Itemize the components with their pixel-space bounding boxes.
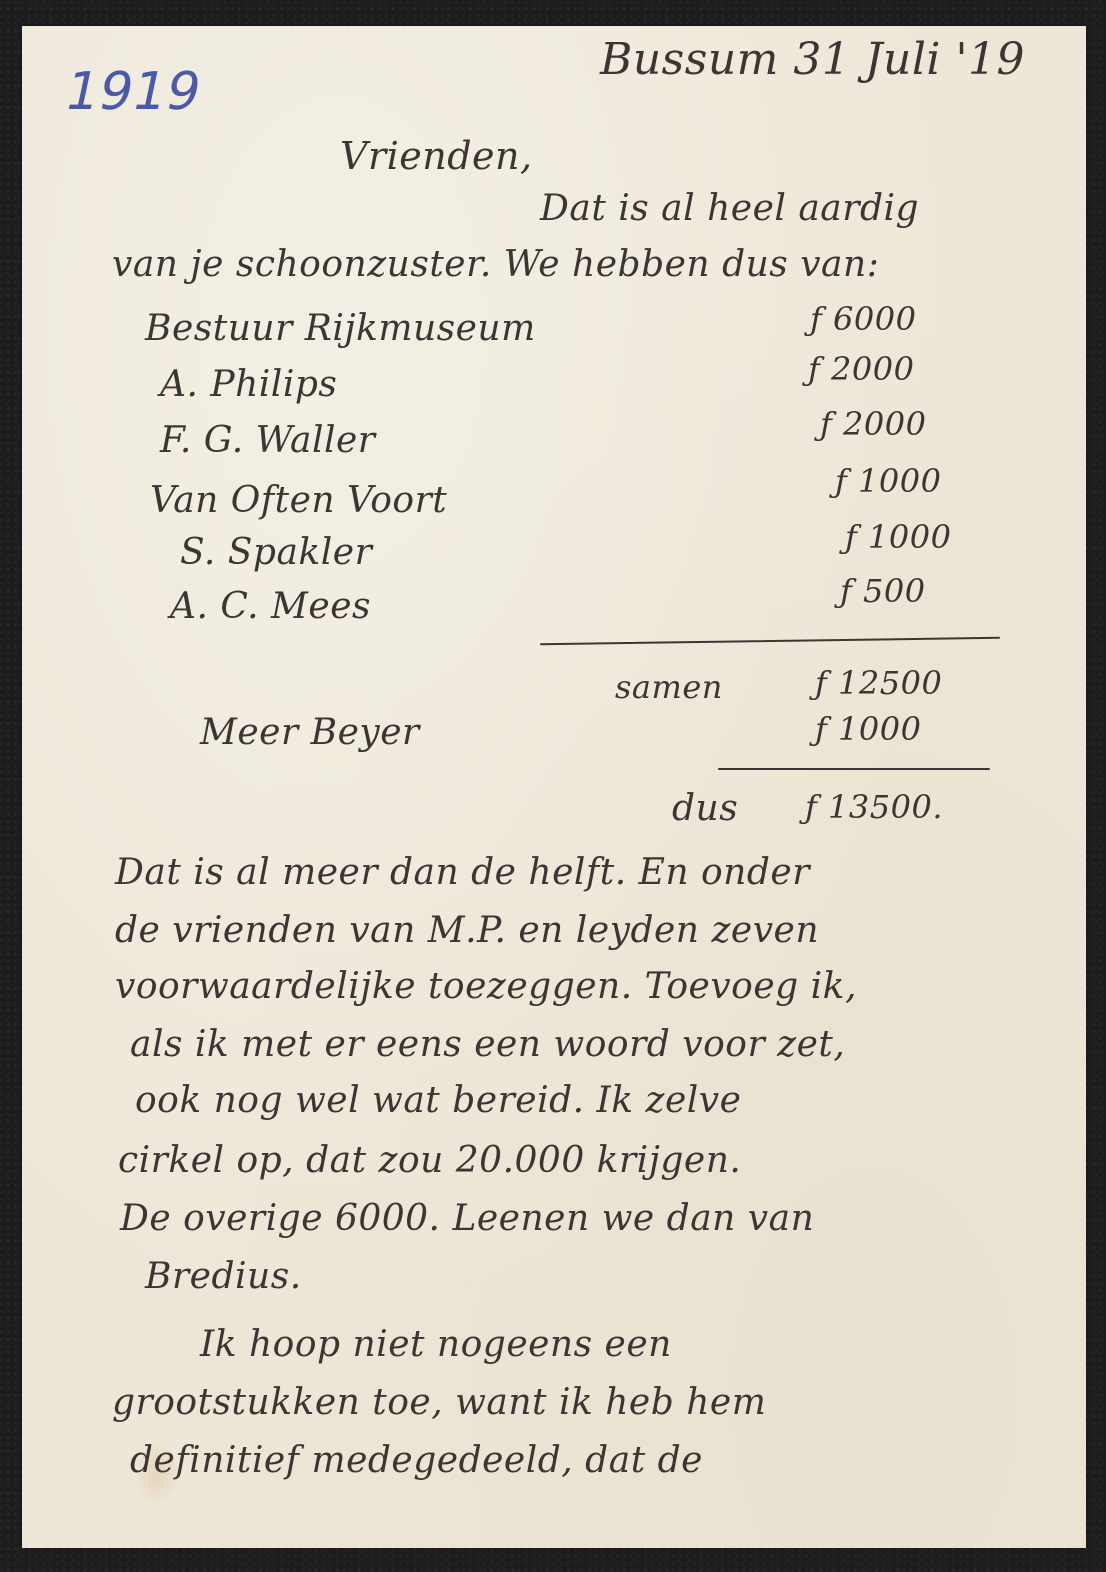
extra-contributor-name: Meer Beyer xyxy=(200,712,420,753)
body-line: de vrienden van M.P. en leyden zeven xyxy=(115,910,819,951)
contribution-amount: ƒ 500 xyxy=(840,572,926,610)
subtotal-amount: ƒ 12500 xyxy=(815,664,942,702)
body-line: Dat is al meer dan de helft. En onder xyxy=(115,852,810,893)
extra-contribution-amount: ƒ 1000 xyxy=(815,710,921,748)
total-amount: ƒ 13500. xyxy=(805,788,943,826)
contributor-name: F. G. Waller xyxy=(160,420,376,461)
contributor-name: S. Spakler xyxy=(180,532,372,573)
place-date: Bussum 31 Juli '19 xyxy=(600,34,1025,85)
subtotal-label: samen xyxy=(615,668,723,706)
body-line: Bredius. xyxy=(145,1256,302,1297)
contribution-amount: ƒ 1000 xyxy=(845,518,951,556)
intro-line: Dat is al heel aardig xyxy=(540,188,919,229)
body-line: cirkel op, dat zou 20.000 krijgen. xyxy=(118,1140,741,1181)
body-line: De overige 6000. Leenen we dan van xyxy=(120,1198,814,1239)
body-line: grootstukken toe, want ik heb hem xyxy=(112,1382,766,1423)
body-line: definitief medegedeeld, dat de xyxy=(130,1440,703,1481)
contributor-name: A. Philips xyxy=(160,364,337,405)
body-line: voorwaardelijke toezeggen. Toevoeg ik, xyxy=(115,966,857,1007)
contributor-name: A. C. Mees xyxy=(170,586,371,627)
body-line: als ik met er eens een woord voor zet, xyxy=(130,1024,845,1065)
body-line: Ik hoop niet nogeens een xyxy=(200,1324,672,1365)
contributor-name: Van Often Voort xyxy=(150,480,447,521)
total-label: dus xyxy=(672,788,738,829)
contribution-amount: ƒ 2000 xyxy=(808,350,914,388)
contributor-name: Bestuur Rijkmuseum xyxy=(145,308,536,349)
archive-year-note: 1919 xyxy=(60,62,207,122)
body-line: ook nog wel wat bereid. Ik zelve xyxy=(135,1080,741,1121)
contribution-amount: ƒ 6000 xyxy=(810,300,916,338)
contribution-amount: ƒ 1000 xyxy=(835,462,941,500)
total-rule xyxy=(718,768,990,770)
intro-line: van je schoonzuster. We hebben dus van: xyxy=(112,244,879,285)
salutation: Vrienden, xyxy=(340,134,533,178)
contribution-amount: ƒ 2000 xyxy=(820,405,926,443)
